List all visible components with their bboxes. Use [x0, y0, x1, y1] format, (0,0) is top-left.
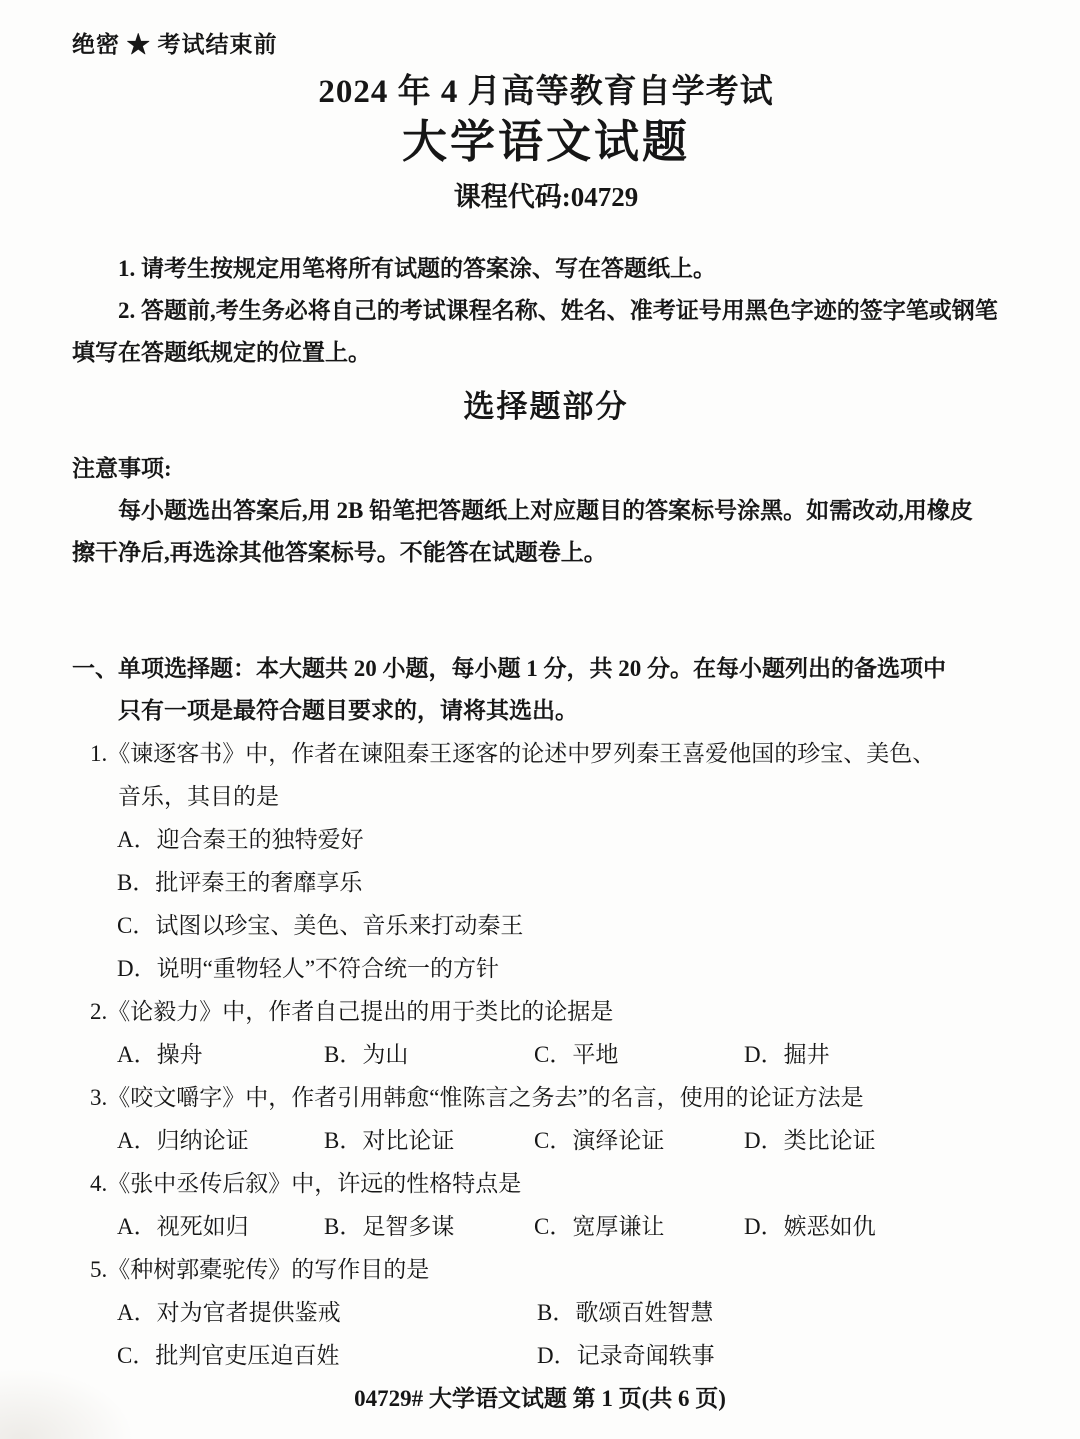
instruction-line-2-cont: 填写在答题纸规定的位置上。 [72, 332, 1020, 374]
question-1-options: A．迎合秦王的独特爱好 B．批评秦王的奢靡享乐 C．试图以珍宝、美色、音乐来打动… [117, 818, 1020, 990]
question-4-option-c: C．宽厚谦让 [534, 1205, 744, 1248]
question-3-option-b: B．对比论证 [324, 1119, 534, 1162]
question-1-option-c: C．试图以珍宝、美色、音乐来打动秦王 [117, 904, 1020, 947]
question-2-options: A．操舟 B．为山 C．平地 D．掘井 [117, 1033, 1020, 1076]
question-3: 3.《咬文嚼字》中，作者引用韩愈“惟陈言之务去”的名言，使用的论证方法是 A．归… [90, 1076, 1020, 1162]
question-5: 5.《种树郭橐驼传》的写作目的是 A．对为官者提供鉴戒 B．歌颂百姓智慧 C．批… [90, 1248, 1020, 1377]
question-5-option-c: C．批判官吏压迫百姓 [117, 1334, 537, 1377]
question-4-option-a: A．视死如归 [117, 1205, 324, 1248]
question-5-stem: 5.《种树郭橐驼传》的写作目的是 [90, 1248, 1020, 1291]
question-1-option-a: A．迎合秦王的独特爱好 [117, 818, 1020, 861]
page-footer: 04729# 大学语文试题 第 1 页(共 6 页) [0, 1384, 1080, 1414]
part-one-heading: 一、单项选择题：本大题共 20 小题，每小题 1 分，共 20 分。在每小题列出… [72, 648, 1020, 732]
question-3-option-d: D．类比论证 [744, 1119, 1020, 1162]
question-5-options: A．对为官者提供鉴戒 B．歌颂百姓智慧 C．批判官吏压迫百姓 D．记录奇闻轶事 [117, 1291, 1020, 1377]
question-1-stem-line-1: 1.《谏逐客书》中，作者在谏阻秦王逐客的论述中罗列秦王喜爱他国的珍宝、美色、 [90, 732, 1020, 775]
course-code: 课程代码:04729 [72, 182, 1020, 212]
exam-session-title: 2024 年 4 月高等教育自学考试 [72, 74, 1020, 110]
notice-line-1: 每小题选出答案后,用 2B 铅笔把答题纸上对应题目的答案标号涂黑。如需改动,用橡… [72, 490, 1020, 532]
question-5-option-a: A．对为官者提供鉴戒 [117, 1291, 537, 1334]
question-4-option-b: B．足智多谋 [324, 1205, 534, 1248]
question-2-option-d: D．掘井 [744, 1033, 1020, 1076]
part-one-heading-line-2: 只有一项是最符合题目要求的，请将其选出。 [72, 690, 1020, 732]
instruction-line-2: 2. 答题前,考生务必将自己的考试课程名称、姓名、准考证号用黑色字迹的签字笔或钢… [72, 290, 1020, 332]
exam-paper-page: 绝密 ★ 考试结束前 2024 年 4 月高等教育自学考试 大学语文试题 课程代… [0, 0, 1080, 1439]
question-list: 1.《谏逐客书》中，作者在谏阻秦王逐客的论述中罗列秦王喜爱他国的珍宝、美色、 音… [90, 732, 1020, 1377]
exam-subject-title: 大学语文试题 [72, 118, 1020, 166]
question-2: 2.《论毅力》中，作者自己提出的用于类比的论据是 A．操舟 B．为山 C．平地 … [90, 990, 1020, 1076]
question-5-option-d: D．记录奇闻轶事 [537, 1334, 1020, 1377]
choice-section-heading: 选择题部分 [72, 390, 1020, 424]
general-instructions: 1. 请考生按规定用笔将所有试题的答案涂、写在答题纸上。 2. 答题前,考生务必… [72, 248, 1020, 374]
classification-banner: 绝密 ★ 考试结束前 [72, 30, 1020, 60]
question-2-option-a: A．操舟 [117, 1033, 324, 1076]
question-3-options: A．归纳论证 B．对比论证 C．演绎论证 D．类比论证 [117, 1119, 1020, 1162]
question-2-stem: 2.《论毅力》中，作者自己提出的用于类比的论据是 [90, 990, 1020, 1033]
question-1-option-b: B．批评秦王的奢靡享乐 [117, 861, 1020, 904]
question-3-option-a: A．归纳论证 [117, 1119, 324, 1162]
question-4-option-d: D．嫉恶如仇 [744, 1205, 1020, 1248]
question-4-stem: 4.《张中丞传后叙》中，许远的性格特点是 [90, 1162, 1020, 1205]
question-2-option-c: C．平地 [534, 1033, 744, 1076]
part-one-heading-line-1: 一、单项选择题：本大题共 20 小题，每小题 1 分，共 20 分。在每小题列出… [72, 648, 1020, 690]
question-4-options: A．视死如归 B．足智多谋 C．宽厚谦让 D．嫉恶如仇 [117, 1205, 1020, 1248]
notice-block: 注意事项: 每小题选出答案后,用 2B 铅笔把答题纸上对应题目的答案标号涂黑。如… [72, 448, 1020, 574]
question-3-option-c: C．演绎论证 [534, 1119, 744, 1162]
question-1-option-d: D．说明“重物轻人”不符合统一的方针 [117, 947, 1020, 990]
question-5-option-b: B．歌颂百姓智慧 [537, 1291, 1020, 1334]
notice-title: 注意事项: [72, 448, 1020, 490]
question-3-stem: 3.《咬文嚼字》中，作者引用韩愈“惟陈言之务去”的名言，使用的论证方法是 [90, 1076, 1020, 1119]
instruction-line-1: 1. 请考生按规定用笔将所有试题的答案涂、写在答题纸上。 [72, 248, 1020, 290]
question-1: 1.《谏逐客书》中，作者在谏阻秦王逐客的论述中罗列秦王喜爱他国的珍宝、美色、 音… [90, 732, 1020, 990]
question-4: 4.《张中丞传后叙》中，许远的性格特点是 A．视死如归 B．足智多谋 C．宽厚谦… [90, 1162, 1020, 1248]
page-content: 绝密 ★ 考试结束前 2024 年 4 月高等教育自学考试 大学语文试题 课程代… [0, 0, 1080, 1377]
notice-line-2: 擦干净后,再选涂其他答案标号。不能答在试题卷上。 [72, 532, 1020, 574]
question-2-option-b: B．为山 [324, 1033, 534, 1076]
question-1-stem-line-2: 音乐，其目的是 [90, 775, 1020, 818]
